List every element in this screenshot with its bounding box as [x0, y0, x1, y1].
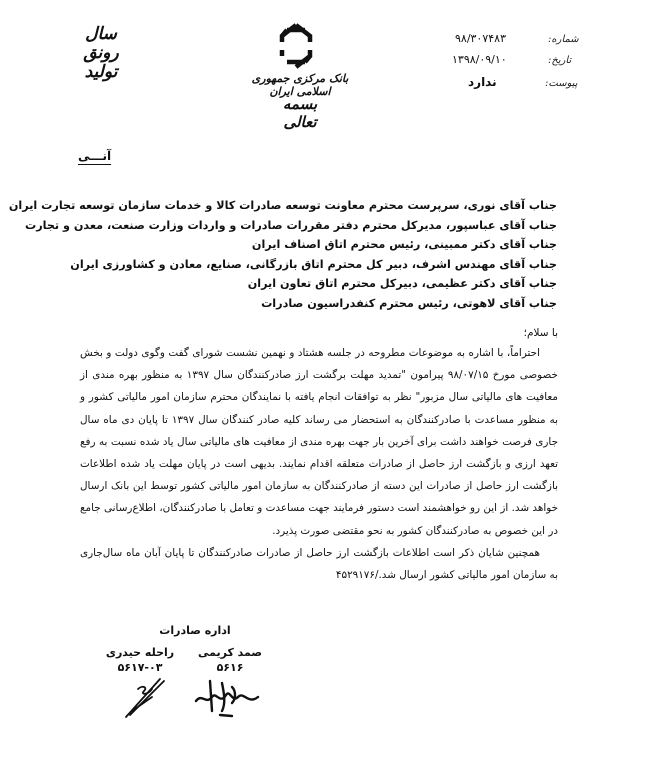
- recipient-line: جناب آقای دکتر عظیمی، دبیرکل محترم اتاق …: [77, 274, 557, 294]
- number-label: شماره:: [548, 34, 579, 45]
- signer-name: صمد کریمی: [190, 645, 270, 660]
- date-value: ۱۳۹۸/۰۹/۱۰: [452, 53, 507, 66]
- central-bank-logo-icon: [277, 22, 315, 70]
- slogan-line-1: سال رونق: [66, 25, 136, 63]
- greeting: با سلام؛: [524, 327, 558, 339]
- signer-block: راحله حیدری ۵۶۱۷-۰۳: [100, 645, 180, 675]
- slogan: سال رونق تولید: [66, 25, 136, 82]
- department-name: اداره صادرات: [150, 624, 240, 637]
- number-value: ۹۸/۳۰۷۴۸۳: [455, 32, 506, 45]
- recipient-line: جناب آقای لاهوتی، رئیس محترم کنفدراسیون …: [77, 294, 557, 314]
- slogan-line-2: تولید: [66, 63, 136, 82]
- signer-block: صمد کریمی ۵۶۱۶: [190, 645, 270, 675]
- recipient-line: جناب آقای عباسپور، مدیرکل محترم دفتر مقر…: [77, 216, 557, 236]
- recipient-line: جناب آقای نوری، سرپرست محترم معاونت توسع…: [77, 196, 557, 216]
- recipient-line: جناب آقای دکتر ممبینی، رئیس محترم اتاق ا…: [77, 235, 557, 255]
- recipient-line: جناب آقای مهندس اشرف، دبیر کل محترم اتاق…: [77, 255, 557, 275]
- bismillah: بسمه تعالی: [270, 95, 330, 131]
- signer-name: راحله حیدری: [100, 645, 180, 660]
- signature-mark-icon: [192, 675, 264, 720]
- signature-mark-icon: [122, 675, 172, 720]
- letter-body: احتراماً، با اشاره به موضوعات مطروحه در …: [80, 342, 558, 586]
- signer-code: ۵۶۱۶: [190, 660, 270, 675]
- attachment-label: پیوست:: [545, 78, 578, 89]
- recipients-list: جناب آقای نوری، سرپرست محترم معاونت توسع…: [77, 196, 557, 314]
- body-paragraph-2: همچنین شایان ذکر است اطلاعات بازگشت ارز …: [80, 542, 558, 586]
- signer-code: ۵۶۱۷-۰۳: [100, 660, 180, 675]
- urgency-marker: آنـــی: [78, 149, 111, 163]
- attachment-value: ندارد: [468, 75, 497, 89]
- date-label: تاریخ:: [548, 55, 571, 66]
- body-paragraph-1: احتراماً، با اشاره به موضوعات مطروحه در …: [80, 342, 558, 542]
